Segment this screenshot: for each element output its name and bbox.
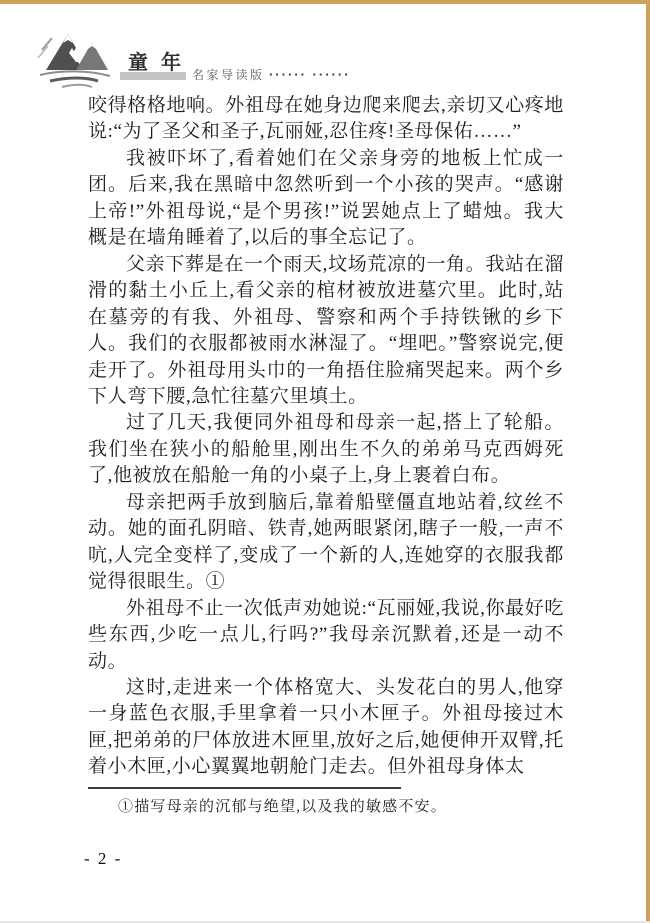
- page-edge-top: [0, 0, 650, 4]
- paragraph: 过了几天,我便同外祖母和母亲一起,搭上了轮船。我们坐在狭小的船舱里,刚出生不久的…: [88, 410, 564, 489]
- mountain-logo-icon: [36, 28, 122, 92]
- paragraph: 父亲下葬是在一个雨天,坟场荒凉的一角。我站在溜滑的黏土小丘上,看父亲的棺材被放进…: [88, 252, 564, 411]
- book-title: 童年: [128, 46, 194, 75]
- paragraph: 外祖母不止一次低声劝她说:“瓦丽娅,我说,你最好吃些东西,少吃一点儿,行吗?”我…: [88, 596, 564, 675]
- page-edge-right: [646, 0, 650, 923]
- edition-row: 名家导读版 ······ ······: [192, 66, 351, 84]
- paragraph: 咬得格格地响。外祖母在她身边爬来爬去,亲切又心疼地说:“为了圣父和圣子,瓦丽娅,…: [88, 93, 564, 146]
- edition-dots: ······ ······: [269, 67, 351, 82]
- edition-label: 名家导读版: [192, 68, 265, 82]
- header-decor-bar: [120, 72, 186, 80]
- body-text: 咬得格格地响。外祖母在她身边爬来爬去,亲切又心疼地说:“为了圣父和圣子,瓦丽娅,…: [88, 93, 564, 781]
- footnote-text: 描写母亲的沉郁与绝望,以及我的敏感不安。: [134, 799, 447, 815]
- page-number: - 2 -: [84, 849, 122, 869]
- paragraph: 母亲把两手放到脑后,靠着船壁僵直地站着,纹丝不动。她的面孔阴暗、铁青,她两眼紧闭…: [88, 490, 564, 596]
- paragraph: 我被吓坏了,看着她们在父亲身旁的地板上忙成一团。后来,我在黑暗中忽然听到一个小孩…: [88, 146, 564, 252]
- paragraph: 这时,走进来一个体格宽大、头发花白的男人,他穿一身蓝色衣服,手里拿着一只小木匣子…: [88, 675, 564, 781]
- book-page: 童年 名家导读版 ······ ······ 咬得格格地响。外祖母在她身边爬来爬…: [0, 0, 650, 923]
- footnote-separator: [88, 787, 401, 789]
- footnote: ①描写母亲的沉郁与绝望,以及我的敏感不安。: [88, 797, 564, 817]
- footnote-marker: ①: [118, 799, 134, 815]
